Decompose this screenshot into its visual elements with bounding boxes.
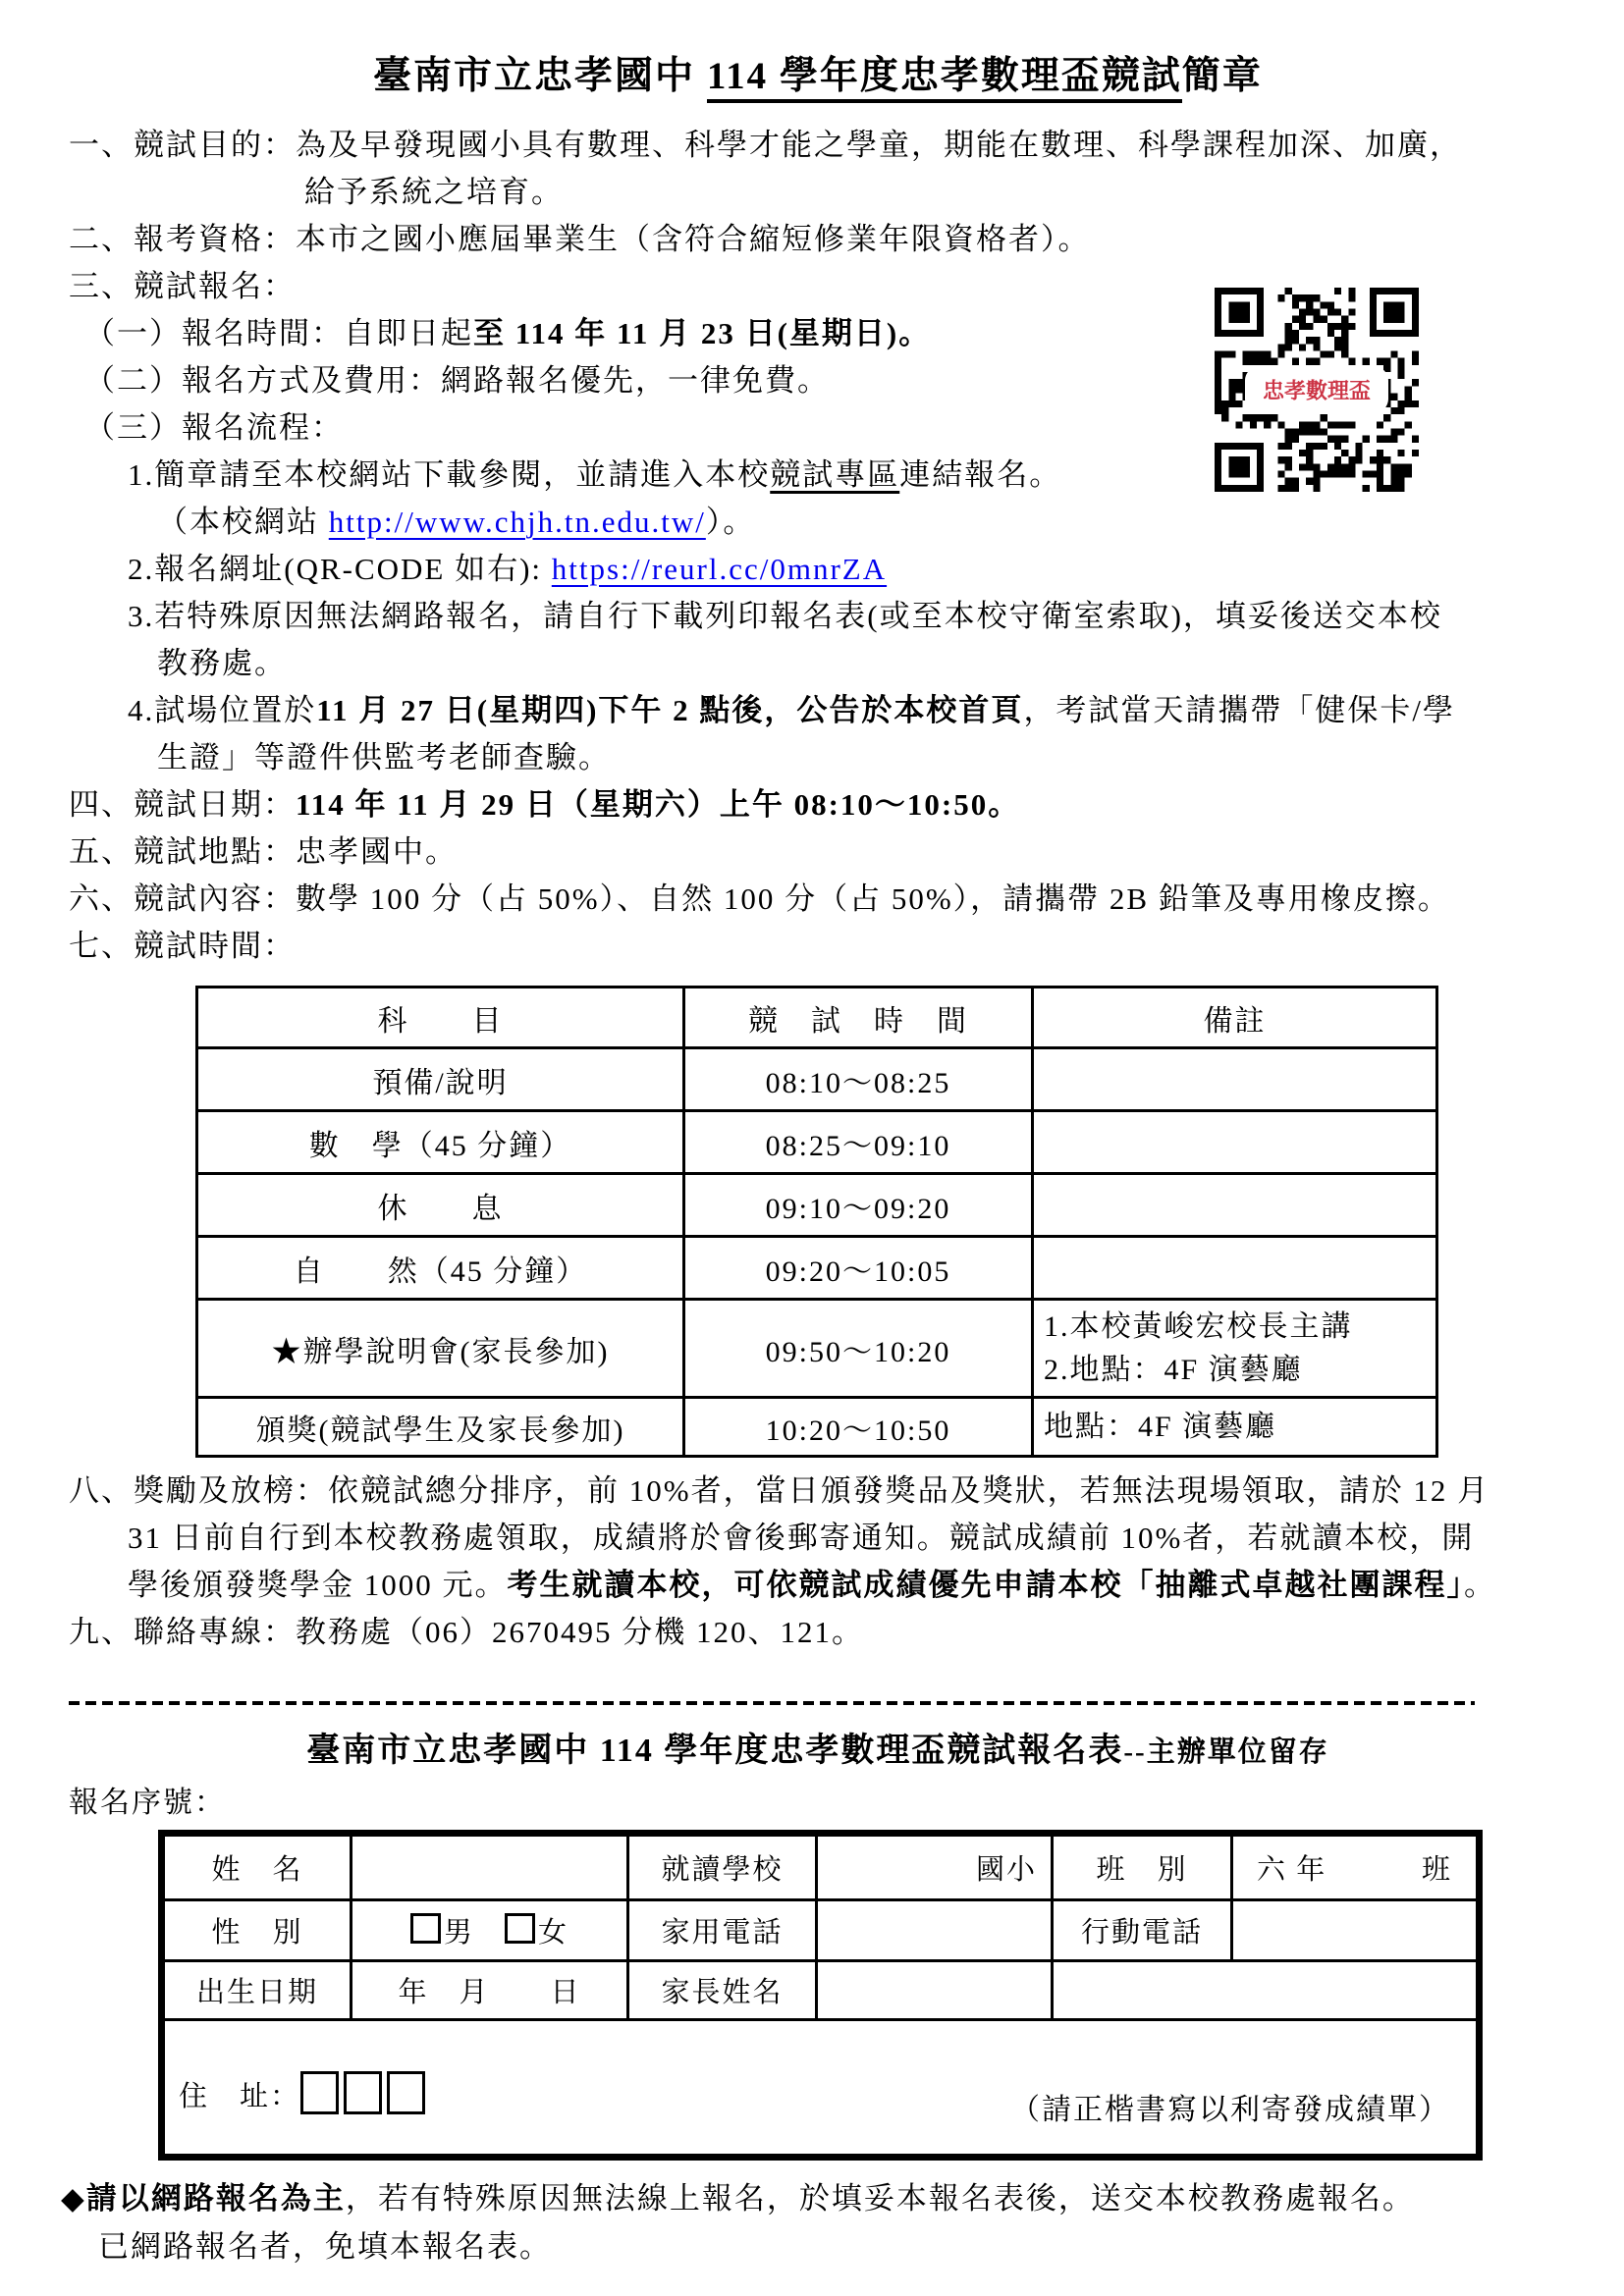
step2-text: 2.報名網址(QR-CODE 如右): <box>128 552 552 586</box>
checkbox-female[interactable] <box>505 1913 535 1944</box>
footer-bold-text: ◆請以網路報名為主 <box>61 2181 346 2216</box>
registration-url-link[interactable]: https://reurl.cc/0mnrZA <box>552 552 887 586</box>
section-purpose-label: 一、競試目的： <box>69 128 296 162</box>
postal-code-box[interactable] <box>387 2071 425 2114</box>
step1-competition-zone: 競試專區 <box>770 457 899 492</box>
qr-code-label: 忠孝數理盃 <box>1245 367 1388 413</box>
address-note: （請正楷書寫以利寄發成績單） <box>1010 2085 1450 2128</box>
process-step3-line2: 教務處。 <box>69 640 1567 687</box>
footer-rest-text: ，若有特殊原因無法線上報名，於填妥本報名表後，送交本校教務處報名。 <box>346 2181 1415 2216</box>
qr-code: 忠孝數理盃 <box>1215 288 1419 492</box>
form-row-1: 姓 名 就讀學校 國小 班 別 六 年班 <box>162 1834 1480 1900</box>
cell-note: 地點：4F 演藝廳 <box>1033 1398 1437 1457</box>
step1-text: 1.簡章請至本校網站下載參閱，並請進入本校 <box>128 457 770 492</box>
cell-note <box>1033 1048 1437 1111</box>
process-step4-line1: 4.試場位置於11 月 27 日(星期四)下午 2 點後，公告於本校首頁，考試當… <box>69 687 1567 734</box>
parent-name-label: 家長姓名 <box>628 1961 817 2020</box>
name-label: 姓 名 <box>162 1834 352 1900</box>
table-row: 數 學（45 分鐘） 08:25～09:10 <box>197 1111 1437 1174</box>
process-step3-line1: 3.若特殊原因無法網路報名，請自行下載列印報名表(或至本校守衛室索取)，填妥後送… <box>69 593 1567 640</box>
competition-date: 114 年 11 月 29 日（星期六）上午 08:10～10:50。 <box>296 787 1020 822</box>
section-content: 六、競試內容：數學 100 分（占 50%）、自然 100 分（占 50%），請… <box>69 876 1567 923</box>
title-prefix: 臺南市立忠孝國中 <box>373 55 707 97</box>
birthdate-label: 出生日期 <box>162 1961 352 2020</box>
form-row-2: 性 別 男 女 家用電話 行動電話 <box>162 1900 1480 1961</box>
section-location: 五、競試地點：忠孝國中。 <box>69 828 1567 876</box>
section-purpose-line2: 給予系統之培育。 <box>69 169 1567 216</box>
birthdate-field[interactable]: 年 月 日 <box>352 1961 628 2020</box>
step4-post: ，考試當天請攜帶「健保卡/學 <box>1023 693 1455 727</box>
process-step4-line2: 生證」等證件供監考老師查驗。 <box>69 734 1567 781</box>
mobile-phone-label: 行動電話 <box>1053 1900 1232 1961</box>
step1-text-end: 連結報名。 <box>899 457 1061 492</box>
note-line2: 2.地點：4F 演藝廳 <box>1044 1349 1435 1392</box>
cell-time: 09:10～09:20 <box>684 1174 1033 1237</box>
note-line1: 1.本校黃峻宏校長主講 <box>1044 1306 1435 1349</box>
section-eligibility: 二、報考資格：本市之國小應屆畢業生（含符合縮短修業年限資格者）。 <box>69 216 1567 263</box>
section-purpose-line1: 一、競試目的：為及早發現國小具有數理、科學才能之學童，期能在數理、科學課程加深、… <box>69 122 1567 169</box>
cell-time: 09:50～10:20 <box>684 1300 1033 1398</box>
section-purpose-text: 為及早發現國小具有數理、科學才能之學童，期能在數理、科學課程加深、加廣， <box>296 128 1462 162</box>
cell-subject: 預備/說明 <box>197 1048 684 1111</box>
address-label: 住 址： <box>179 2081 300 2112</box>
page-title: 臺南市立忠孝國中 114 學年度忠孝數理盃競試簡章 <box>69 49 1567 104</box>
title-suffix: 簡章 <box>1182 55 1263 97</box>
home-phone-field[interactable] <box>817 1900 1053 1961</box>
table-row: ★辦學說明會(家長參加) 09:50～10:20 1.本校黃峻宏校長主講 2.地… <box>197 1300 1437 1398</box>
section-awards-line3: 學後頒發獎學金 1000 元。考生就讀本校，可依競試成績優先申請本校「抽離式卓越… <box>69 1562 1567 1609</box>
school-site-pre: （本校網站 <box>157 505 329 539</box>
parent-name-field[interactable] <box>817 1961 1053 2020</box>
table-row: 頒獎(競試學生及家長參加) 10:20～10:50 地點：4F 演藝廳 <box>197 1398 1437 1457</box>
form-title-main: 臺南市立忠孝國中 114 學年度忠孝數理盃競試報名表 <box>306 1733 1123 1769</box>
section-awards-line2: 31 日前自行到本校教務處領取，成績將於會後郵寄通知。競試成績前 10%者，若就… <box>69 1515 1567 1562</box>
home-phone-label: 家用電話 <box>628 1900 817 1961</box>
cell-time: 08:25～09:10 <box>684 1111 1033 1174</box>
form-title: 臺南市立忠孝國中 114 學年度忠孝數理盃競試報名表--主辦單位留存 <box>69 1727 1567 1777</box>
class-grade-text: 六 年 <box>1257 1847 1326 1888</box>
cell-subject: 休 息 <box>197 1174 684 1237</box>
class-label: 班 別 <box>1053 1834 1232 1900</box>
gender-label: 性 別 <box>162 1900 352 1961</box>
class-field[interactable]: 六 年班 <box>1232 1834 1480 1900</box>
process-step1-site: （本校網站 http://www.chjh.tn.edu.tw/）。 <box>69 499 1567 546</box>
process-step2: 2.報名網址(QR-CODE 如右): https://reurl.cc/0mn… <box>69 546 1567 593</box>
awards-club-priority: 考生就讀本校，可依競試成績優先申請本校「抽離式卓越社團課程」 <box>508 1568 1465 1602</box>
table-row: 預備/說明 08:10～08:25 <box>197 1048 1437 1111</box>
school-site-post: ）。 <box>706 505 756 539</box>
registration-form-table: 姓 名 就讀學校 國小 班 別 六 年班 性 別 男 女 家用電話 行動電話 出… <box>158 1830 1483 2161</box>
form-title-suffix: --主辦單位留存 <box>1123 1736 1328 1768</box>
cut-line-separator <box>69 1701 1475 1705</box>
table-row: 自 然（45 分鐘） 09:20～10:05 <box>197 1237 1437 1300</box>
cell-note <box>1033 1111 1437 1174</box>
date-label: 四、競試日期： <box>69 787 296 822</box>
cell-note <box>1033 1174 1437 1237</box>
school-field[interactable]: 國小 <box>817 1834 1053 1900</box>
awards-end: 。 <box>1464 1568 1496 1602</box>
mobile-phone-field[interactable] <box>1232 1900 1480 1961</box>
form-row-address: 住 址： （請正楷書寫以利寄發成績單） <box>162 2020 1480 2158</box>
male-label: 男 <box>444 1917 474 1949</box>
cell-time: 08:10～08:25 <box>684 1048 1033 1111</box>
step4-pre: 4.試場位置於 <box>128 693 316 727</box>
cell-subject: 數 學（45 分鐘） <box>197 1111 684 1174</box>
postal-code-box[interactable] <box>344 2071 382 2114</box>
schedule-header-row: 科 目 競 試 時 間 備註 <box>197 988 1437 1048</box>
name-field[interactable] <box>352 1834 628 1900</box>
female-label: 女 <box>538 1917 568 1949</box>
empty-cell <box>1053 1961 1480 2020</box>
cell-subject: 自 然（45 分鐘） <box>197 1237 684 1300</box>
class-unit-text: 班 <box>1422 1847 1452 1888</box>
school-label: 就讀學校 <box>628 1834 817 1900</box>
checkbox-male[interactable] <box>410 1913 441 1944</box>
awards-scholarship: 學後頒發獎學金 1000 元。 <box>128 1568 508 1602</box>
serial-number-label: 報名序號： <box>69 1781 1567 1826</box>
registration-deadline: 至 114 年 11 月 23 日(星期日)。 <box>473 316 931 350</box>
cell-note: 1.本校黃峻宏校長主講 2.地點：4F 演藝廳 <box>1033 1300 1437 1398</box>
header-subject: 科 目 <box>197 988 684 1048</box>
section-date: 四、競試日期：114 年 11 月 29 日（星期六）上午 08:10～10:5… <box>69 781 1567 828</box>
title-underlined: 114 學年度忠孝數理盃競試 <box>707 55 1182 103</box>
document-page: 忠孝數理盃 臺南市立忠孝國中 114 學年度忠孝數理盃競試簡章 一、競試目的：為… <box>0 0 1624 2296</box>
address-field[interactable]: 住 址： （請正楷書寫以利寄發成績單） <box>162 2020 1480 2158</box>
table-row: 休 息 09:10～09:20 <box>197 1174 1437 1237</box>
registration-time-text: （一）報名時間：自即日起 <box>84 316 473 350</box>
section-awards-line1: 八、獎勵及放榜：依競試總分排序，前 10%者，當日頒發獎品及獎狀，若無法現場領取… <box>69 1468 1567 1515</box>
gender-field[interactable]: 男 女 <box>352 1900 628 1961</box>
step4-announce-date: 11 月 27 日(星期四)下午 2 點後，公告於本校首頁 <box>316 693 1023 727</box>
form-row-3: 出生日期 年 月 日 家長姓名 <box>162 1961 1480 2020</box>
school-website-link[interactable]: http://www.chjh.tn.edu.tw/ <box>329 505 706 539</box>
postal-code-box[interactable] <box>300 2071 339 2114</box>
cell-note <box>1033 1237 1437 1300</box>
cell-time: 10:20～10:50 <box>684 1398 1033 1457</box>
section-contact: 九、聯絡專線：教務處（06）2670495 分機 120、121。 <box>69 1609 1567 1656</box>
form-footer-line1: ◆請以網路報名為主，若有特殊原因無法線上報名，於填妥本報名表後，送交本校教務處報… <box>61 2174 1567 2223</box>
form-footer-line2: 已網路報名者，免填本報名表。 <box>69 2223 1567 2270</box>
cell-subject: 頒獎(競試學生及家長參加) <box>197 1398 684 1457</box>
section-schedule: 七、競試時間： <box>69 923 1567 970</box>
header-time: 競 試 時 間 <box>684 988 1033 1048</box>
cell-subject: ★辦學說明會(家長參加) <box>197 1300 684 1398</box>
cell-time: 09:20～10:05 <box>684 1237 1033 1300</box>
schedule-table: 科 目 競 試 時 間 備註 預備/說明 08:10～08:25 數 學（45 … <box>195 986 1438 1458</box>
header-note: 備註 <box>1033 988 1437 1048</box>
